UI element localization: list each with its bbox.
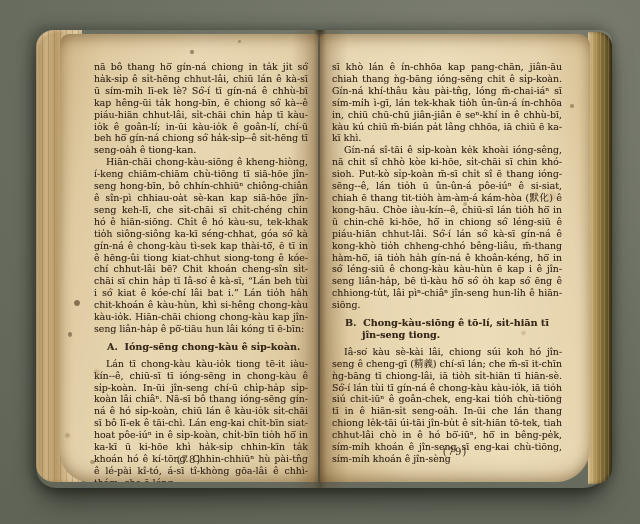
- section-heading-b: B. Chong-kàu-siōng ê tō-lí, si̍t-hiān tī…: [332, 318, 562, 342]
- paragraph: nā bô thang hō͘ gín-ná chiong in ta̍k ji…: [94, 62, 308, 157]
- foxing-stain: [570, 104, 574, 108]
- page-number-left: (78): [60, 455, 318, 466]
- foxing-stain: [74, 300, 80, 306]
- foxing-stain: [238, 40, 241, 43]
- paragraph: Hiān-chāi chong-kàu-siōng ê kheng-hiòng,…: [94, 157, 308, 336]
- paragraph: Gín-ná sî-tāi ê si̍p-koàn ke̍k khoài ión…: [332, 145, 562, 312]
- foxing-stain: [190, 50, 194, 54]
- right-page-edges: [588, 32, 612, 484]
- paragraph: sī khò lán ê ín-chhōa kap pang-chān, jiâ…: [332, 62, 562, 145]
- right-page: sī khò lán ê ín-chhōa kap pang-chān, jiâ…: [320, 34, 590, 482]
- foxing-stain: [68, 332, 72, 337]
- page-number-right: (79): [320, 447, 590, 458]
- left-page-text: nā bô thang hō͘ gín-ná chiong in ta̍k ji…: [94, 62, 308, 450]
- open-book: nā bô thang hō͘ gín-ná chiong in ta̍k ji…: [36, 30, 612, 488]
- foxing-stain: [64, 432, 71, 439]
- section-heading-a: A. Ióng-sēng chong-kàu ê si̍p-koàn.: [94, 342, 308, 354]
- right-page-text: sī khò lán ê ín-chhōa kap pang-chān, jiâ…: [332, 62, 562, 450]
- photo-background: nā bô thang hō͘ gín-ná chiong in ta̍k ji…: [0, 0, 640, 524]
- left-page: nā bô thang hō͘ gín-ná chiong in ta̍k ji…: [60, 34, 318, 482]
